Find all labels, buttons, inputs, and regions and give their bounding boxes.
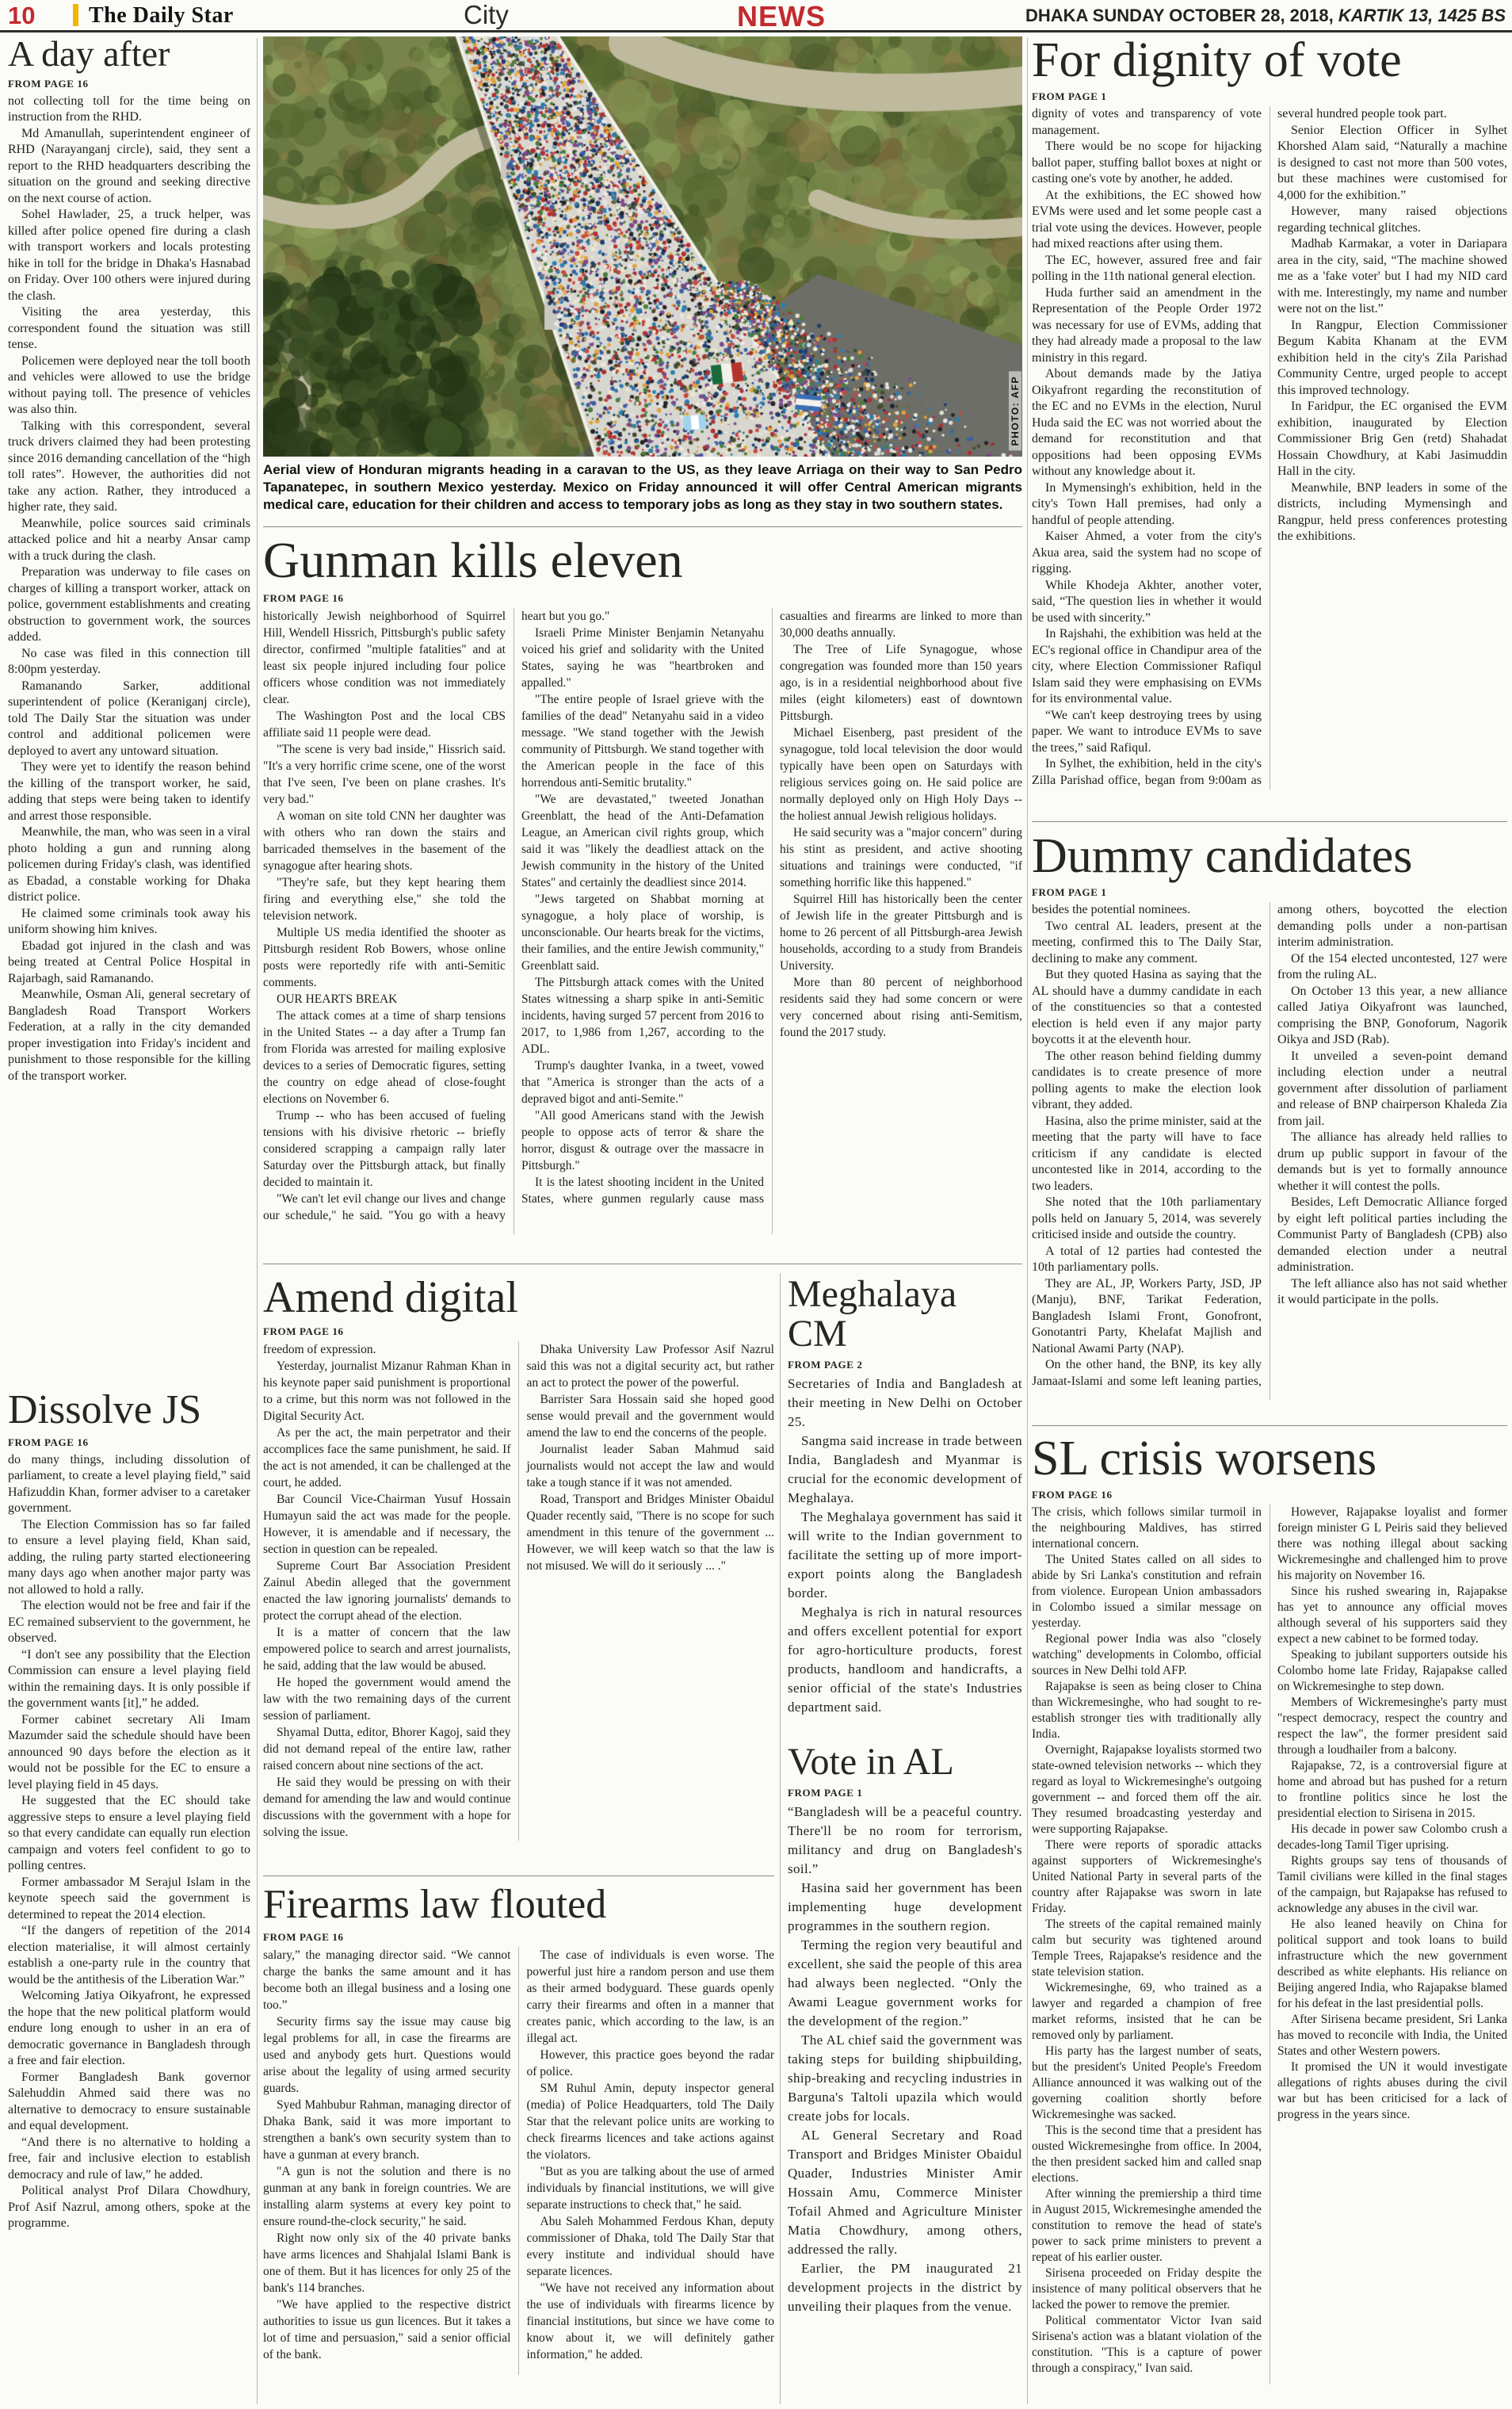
body-sl-crisis: The crisis, which follows similar turmoi… (1032, 1505, 1507, 2384)
paragraph: Hasina said her government has been impl… (788, 1879, 1022, 1936)
paragraph: Policemen were deployed near the toll bo… (8, 354, 250, 419)
section-label: City (464, 0, 509, 30)
paragraph: They are AL, JP, Workers Party, JSD, JP … (1032, 1276, 1262, 1358)
paragraph: Dhaka University Law Professor Asif Nazr… (527, 1341, 775, 1391)
paragraph: Huda further said an amendment in the Re… (1032, 285, 1262, 367)
paragraph: In Faridpur, the EC organised the EVM ex… (1277, 399, 1507, 480)
paragraph: His party has the largest number of seat… (1032, 2044, 1262, 2123)
paragraph: The alliance has already held rallies to… (1277, 1130, 1507, 1195)
paragraph: "We have applied to the respective distr… (263, 2296, 511, 2363)
article-sl-crisis: SL crisis worsens FROM PAGE 16 The crisi… (1032, 1433, 1507, 2384)
article-vote-in-al: Vote in AL FROM PAGE 1 “Bangladesh will … (788, 1742, 1022, 2373)
paragraph: Rights groups say tens of thousands of T… (1277, 1853, 1507, 1917)
kicker-dummy-candidates: FROM PAGE 1 (1032, 886, 1507, 899)
paragraph: Road, Transport and Bridges Minister Oba… (527, 1491, 775, 1574)
paragraph: More than 80 percent of neighborhood res… (780, 974, 1022, 1041)
paragraph: While Khodeja Akhter, another voter, sai… (1032, 578, 1262, 627)
paragraph: historically Jewish neighborhood of Squi… (263, 608, 506, 708)
rule-amend-firearms (263, 1876, 774, 1876)
paragraph: "They're safe, but they kept hearing the… (263, 874, 506, 924)
paragraph: After Sirisena became president, Sri Lan… (1277, 2012, 1507, 2059)
article-a-day-after: A day after FROM PAGE 16 not collecting … (8, 35, 250, 1378)
paragraph: Welcoming Jatiya Oikyafront, he expresse… (8, 1988, 250, 2070)
paragraph: In Rajshahi, the exhibition was held at … (1032, 626, 1262, 708)
kicker-dissolve-js: FROM PAGE 16 (8, 1436, 250, 1449)
kicker-a-day-after: FROM PAGE 16 (8, 78, 250, 90)
paragraph: The election would not be free and fair … (8, 1598, 250, 1647)
paragraph: They were yet to identify the reason beh… (8, 759, 250, 824)
paragraph: “If the dangers of repetition of the 201… (8, 1923, 250, 1988)
paragraph: Barrister Sara Hossain said she hoped go… (527, 1391, 775, 1441)
kicker-for-dignity: FROM PAGE 1 (1032, 90, 1507, 103)
paragraph: Sirisena proceeded on Friday despite the… (1032, 2266, 1262, 2313)
dateline-bangla: KARTIK 13, 1425 BS (1338, 6, 1506, 25)
paragraph: Meanwhile, BNP leaders in some of the di… (1277, 480, 1507, 545)
paragraph: The Washington Post and the local CBS af… (263, 708, 506, 741)
paragraph: After winning the premiership a third ti… (1032, 2186, 1262, 2266)
paragraph: Right now only six of the 40 private ban… (263, 2230, 511, 2296)
paragraph: The Pittsburgh attack comes with the Uni… (521, 974, 764, 1057)
body-a-day-after: not collecting toll for the time being o… (8, 94, 250, 1378)
paragraph: There were reports of sporadic attacks a… (1032, 1837, 1262, 1917)
headline-a-day-after: A day after (8, 35, 250, 73)
paragraph: The crisis, which follows similar turmoi… (1032, 1505, 1262, 1552)
photo-caption: Aerial view of Honduran migrants heading… (263, 461, 1022, 514)
paragraph: do many things, including dissolution of… (8, 1452, 250, 1517)
paragraph: He said they would be pressing on with t… (263, 1774, 511, 1841)
paragraph: Political analyst Prof Dilara Chowdhury,… (8, 2183, 250, 2232)
paragraph: He hoped the government would amend the … (263, 1674, 511, 1724)
paragraph: "We have not received any information ab… (527, 2280, 775, 2363)
paragraph: Supreme Court Bar Association President … (263, 1558, 511, 1624)
paragraph: “And there is no alternative to holding … (8, 2135, 250, 2184)
paragraph: Squirrel Hill has historically been the … (780, 891, 1022, 974)
headline-amend-digital: Amend digital (263, 1275, 774, 1321)
paragraph: Earlier, the PM inaugurated 21 developme… (788, 2259, 1022, 2316)
paragraph: "But as you are talking about the use of… (527, 2163, 775, 2213)
paragraph: dignity of votes and transparency of vot… (1032, 106, 1262, 139)
paragraph: The streets of the capital remained main… (1032, 1917, 1262, 1980)
paragraph: Political commentator Victor Ivan said S… (1032, 2313, 1262, 2376)
paragraph: “Bangladesh will be a peaceful country. … (788, 1803, 1022, 1879)
rule-below-gunman (263, 1264, 1022, 1264)
paragraph: The left alliance also has not said whet… (1277, 1276, 1507, 1309)
paragraph: He said security was a "major concern" d… (780, 824, 1022, 891)
news-banner: NEWS (737, 0, 826, 33)
page-number: 10 (8, 2, 35, 30)
paragraph: "Jews targeted on Shabbat morning at syn… (521, 891, 764, 974)
paragraph: The Election Commission has so far faile… (8, 1517, 250, 1599)
divider-left-middle (257, 38, 258, 2404)
paragraph: Two central AL leaders, present at the m… (1032, 919, 1262, 968)
paragraph: Yesterday, journalist Mizanur Rahman Kha… (263, 1358, 511, 1424)
paragraph: Senior Election Officer in Sylhet Khorsh… (1277, 123, 1507, 205)
paragraph: Wickremesinghe, 69, who trained as a law… (1032, 1980, 1262, 2044)
paragraph: Since his rushed swearing in, Rajapakse … (1277, 1584, 1507, 1647)
paragraph: SM Ruhul Amin, deputy inspector general … (527, 2080, 775, 2163)
paragraph: In Mymensingh's exhibition, held in the … (1032, 480, 1262, 530)
paragraph: At the exhibitions, the EC showed how EV… (1032, 188, 1262, 253)
paragraph: The Meghalaya government has said it wil… (788, 1508, 1022, 1603)
paragraph: Kaiser Ahmed, a voter from the city's Ak… (1032, 529, 1262, 578)
paragraph: He suggested that the EC should take agg… (8, 1793, 250, 1875)
paragraph: Md Amanullah, superintendent engineer of… (8, 126, 250, 208)
paragraph: Meghalya is rich in natural resources an… (788, 1603, 1022, 1717)
headline-vote-in-al: Vote in AL (788, 1742, 1022, 1782)
paragraph: The case of individuals is even worse. T… (527, 1947, 775, 2047)
photo-credit: PHOTO: AFP (1009, 371, 1021, 450)
paragraph: Multiple US media identified the shooter… (263, 924, 506, 991)
paragraph: As per the act, the main perpetrator and… (263, 1424, 511, 1491)
paragraph: He claimed some criminals took away his … (8, 906, 250, 939)
paragraph: Abu Saleh Mohammed Ferdous Khan, deputy … (527, 2213, 775, 2280)
paragraph: Journalist leader Saban Mahmud said jour… (527, 1441, 775, 1491)
paragraph: Security firms say the issue may cause b… (263, 2013, 511, 2097)
paragraph: "We are devastated," tweeted Jonathan Gr… (521, 791, 764, 891)
paragraph: Speaking to jubilant supporters outside … (1277, 1647, 1507, 1695)
paragraph: The EC, however, assured free and fair p… (1032, 253, 1262, 285)
paragraph: Meanwhile, police sources said criminals… (8, 516, 250, 565)
paragraph: Bar Council Vice-Chairman Yusuf Hossain … (263, 1491, 511, 1558)
paragraph: "A gun is not the solution and there is … (263, 2163, 511, 2230)
paragraph: The Tree of Life Synagogue, whose congre… (780, 641, 1022, 725)
body-for-dignity: dignity of votes and transparency of vot… (1032, 106, 1507, 790)
rule-dummy-sl (1032, 1425, 1507, 1426)
paragraph: Talking with this correspondent, several… (8, 419, 250, 516)
paragraph: The other reason behind fielding dummy c… (1032, 1049, 1262, 1114)
paragraph: Visiting the area yesterday, this corres… (8, 304, 250, 354)
paragraph: Meanwhile, the man, who was seen in a vi… (8, 824, 250, 906)
rule-above-gunman (263, 526, 1022, 527)
paragraph: AL General Secretary and Road Transport … (788, 2126, 1022, 2259)
body-dummy-candidates: besides the potential nominees.Two centr… (1032, 902, 1507, 1400)
paragraph: She noted that the 10th parliamentary po… (1032, 1195, 1262, 1244)
paragraph: Ebadad got injured in the clash and was … (8, 939, 250, 988)
paragraph: Syed Mahbubur Rahman, managing director … (263, 2097, 511, 2163)
divider-amend-meghalaya (780, 1273, 781, 2404)
paragraph: No case was filed in this connection til… (8, 646, 250, 679)
paragraph: However, this practice goes beyond the r… (527, 2047, 775, 2080)
kicker-gunman: FROM PAGE 16 (263, 592, 1022, 605)
paragraph: Regional power India was also "closely w… (1032, 1631, 1262, 1679)
paragraph: Former cabinet secretary Ali Imam Mazumd… (8, 1712, 250, 1794)
paragraph: Madhab Karmakar, a voter in Dariapara ar… (1277, 236, 1507, 318)
paragraph: In Rangpur, Election Commissioner Begum … (1277, 318, 1507, 400)
headline-sl-crisis: SL crisis worsens (1032, 1433, 1507, 1484)
article-for-dignity: For dignity of vote FROM PAGE 1 dignity … (1032, 35, 1507, 790)
rule-dignity-dummy (1032, 821, 1507, 822)
paragraph: Hasina, also the prime minister, said at… (1032, 1114, 1262, 1195)
headline-meghalaya: Meghalaya CM (788, 1275, 1022, 1354)
body-amend-digital: freedom of expression.Yesterday, journal… (263, 1341, 774, 1841)
paragraph: A total of 12 parties had contested the … (1032, 1244, 1262, 1276)
headline-dummy-candidates: Dummy candidates (1032, 831, 1507, 881)
article-amend-digital: Amend digital FROM PAGE 16 freedom of ex… (263, 1275, 774, 1841)
kicker-sl-crisis: FROM PAGE 16 (1032, 1489, 1507, 1501)
paragraph: However, many raised objections regardin… (1277, 204, 1507, 236)
body-dissolve-js: do many things, including dissolution of… (8, 1452, 250, 2372)
article-meghalaya: Meghalaya CM FROM PAGE 2 Secretaries of … (788, 1275, 1022, 1759)
paragraph: A woman on site told CNN her daughter wa… (263, 808, 506, 874)
paragraph: The attack comes at a time of sharp tens… (263, 1008, 506, 1107)
newspaper-page: 10 The Daily Star City NEWS DHAKA SUNDAY… (0, 0, 1512, 2409)
paragraph: "The entire people of Israel grieve with… (521, 691, 764, 791)
paragraph: The United States called on all sides to… (1032, 1552, 1262, 1631)
paragraph: “We can't keep destroying trees by using… (1032, 708, 1262, 757)
paragraph: About demands made by the Jatiya Oikyafr… (1032, 366, 1262, 480)
paragraph: Members of Wickremesinghe's party must "… (1277, 1695, 1507, 1758)
paragraph: Meanwhile, Osman Ali, general secretary … (8, 987, 250, 1084)
paragraph: Rajapakse, 72, is a controversial figure… (1277, 1758, 1507, 1822)
headline-dissolve-js: Dissolve JS (8, 1389, 250, 1432)
paragraph: freedom of expression. (263, 1341, 511, 1358)
paragraph: Michael Eisenberg, past president of the… (780, 725, 1022, 824)
paragraph: He also leaned heavily on China for poli… (1277, 1917, 1507, 2012)
paragraph: Rajapakse is seen as being closer to Chi… (1032, 1679, 1262, 1742)
body-firearms: salary,” the managing director said. “We… (263, 1947, 774, 2375)
body-gunman: historically Jewish neighborhood of Squi… (263, 608, 1022, 1234)
lead-photo: PHOTO: AFP (263, 36, 1022, 457)
body-meghalaya: Secretaries of India and Bangladesh at t… (788, 1375, 1022, 1759)
paragraph: "The scene is very bad inside," Hissrich… (263, 741, 506, 808)
paragraph: besides the potential nominees. (1032, 902, 1262, 919)
article-firearms: Firearms law flouted FROM PAGE 16 salary… (263, 1883, 774, 2375)
paragraph: "All good Americans stand with the Jewis… (521, 1107, 764, 1174)
paragraph: Israeli Prime Minister Benjamin Netanyah… (521, 625, 764, 691)
paragraph: Of the 154 elected uncontested, 127 were… (1277, 951, 1507, 984)
newspaper-logo: The Daily Star (89, 3, 234, 29)
kicker-firearms: FROM PAGE 16 (263, 1931, 774, 1944)
article-dummy-candidates: Dummy candidates FROM PAGE 1 besides the… (1032, 831, 1507, 1400)
paragraph: Former ambassador M Serajul Islam in the… (8, 1875, 250, 1924)
dateline: DHAKA SUNDAY OCTOBER 28, 2018, KARTIK 13… (1025, 6, 1506, 26)
article-gunman: Gunman kills eleven FROM PAGE 16 histori… (263, 534, 1022, 1234)
paragraph: The AL chief said the government was tak… (788, 2031, 1022, 2126)
paragraph: Shyamal Dutta, editor, Bhorer Kagoj, sai… (263, 1724, 511, 1774)
body-vote-in-al: “Bangladesh will be a peaceful country. … (788, 1803, 1022, 2373)
paragraph: This is the second time that a president… (1032, 2123, 1262, 2186)
dateline-gregorian: DHAKA SUNDAY OCTOBER 28, 2018, (1025, 6, 1334, 25)
paragraph: But they quoted Hasina as saying that th… (1032, 967, 1262, 1049)
paragraph: salary,” the managing director said. “We… (263, 1947, 511, 2013)
paragraph: not collecting toll for the time being o… (8, 94, 250, 126)
kicker-meghalaya: FROM PAGE 2 (788, 1359, 1022, 1371)
divider-middle-right (1027, 38, 1028, 2404)
paragraph: His decade in power saw Colombo crush a … (1277, 1822, 1507, 1853)
paragraph: Ramanando Sarker, additional superintend… (8, 679, 250, 760)
paragraph: Trump -- who has been accused of fueling… (263, 1107, 506, 1191)
paragraph: On October 13 this year, a new alliance … (1277, 984, 1507, 1049)
paragraph: It promised the UN it would investigate … (1277, 2059, 1507, 2123)
paragraph: Secretaries of India and Bangladesh at t… (788, 1375, 1022, 1432)
paragraph: Besides, Left Democratic Alliance forged… (1277, 1195, 1507, 1276)
kicker-vote-in-al: FROM PAGE 1 (788, 1787, 1022, 1799)
masthead-yellow-bar-icon (73, 4, 78, 26)
headline-gunman: Gunman kills eleven (263, 534, 1022, 587)
paragraph: Trump's daughter Ivanka, in a tweet, vow… (521, 1057, 764, 1107)
article-dissolve-js: Dissolve JS FROM PAGE 16 do many things,… (8, 1389, 250, 2372)
paragraph: It is a matter of concern that the law e… (263, 1624, 511, 1674)
paragraph: It unveiled a seven-point demand includi… (1277, 1049, 1507, 1130)
headline-firearms: Firearms law flouted (263, 1883, 774, 1926)
paragraph: Sangma said increase in trade between In… (788, 1432, 1022, 1508)
paragraph: Preparation was underway to file cases o… (8, 564, 250, 646)
left-column: A day after FROM PAGE 16 not collecting … (8, 35, 250, 2372)
masthead-rule (0, 30, 1512, 33)
paragraph: Sohel Hawlader, 25, a truck helper, was … (8, 207, 250, 304)
paragraph: Former Bangladesh Bank governor Salehudd… (8, 2070, 250, 2135)
kicker-amend-digital: FROM PAGE 16 (263, 1325, 774, 1338)
paragraph: However, Rajapakse loyalist and former f… (1277, 1505, 1507, 1584)
paragraph: OUR HEARTS BREAK (263, 991, 506, 1008)
paragraph: There would be no scope for hijacking ba… (1032, 139, 1262, 188)
paragraph: Overnight, Rajapakse loyalists stormed t… (1032, 1742, 1262, 1837)
paragraph: Terming the region very beautiful and ex… (788, 1936, 1022, 2031)
paragraph: “I don't see any possibility that the El… (8, 1647, 250, 1712)
migrant-caravan-photo (263, 36, 1022, 457)
headline-for-dignity: For dignity of vote (1032, 35, 1507, 86)
